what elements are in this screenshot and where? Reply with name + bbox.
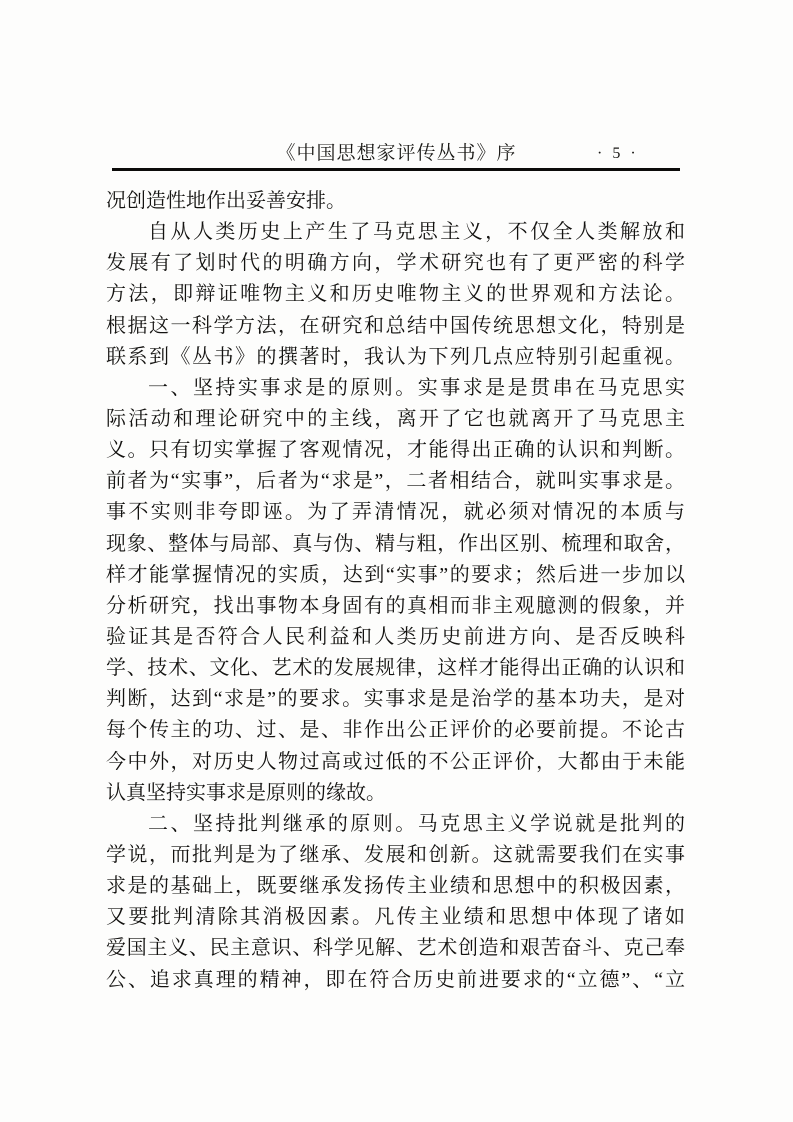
body-line: 联系到《丛书》的撰著时，我认为下列几点应特别引起重视。 [106, 342, 685, 373]
body-line: 认真坚持实事求是原则的缘故。 [106, 778, 685, 809]
header-rule [112, 168, 680, 171]
body-line: 事不实则非夸即诬。为了弄清情况，就必须对情况的本质与 [106, 497, 685, 528]
body-line: 前者为“实事”，后者为“求是”，二者相结合，就叫实事求是。 [106, 466, 685, 497]
body-line: 学、技术、文化、艺术的发展规律，这样才能得出正确的认识和 [106, 653, 685, 684]
body-line: 判断，达到“求是”的要求。实事求是是治学的基本功夫，是对 [106, 684, 685, 715]
body-line: 一、坚持实事求是的原则。实事求是是贯串在马克思实 [106, 373, 685, 404]
body-line: 每个传主的功、过、是、非作出公正评价的必要前提。不论古 [106, 715, 685, 746]
body-line: 样才能掌握情况的实质，达到“实事”的要求；然后进一步加以 [106, 560, 685, 591]
body-line: 又要批判清除其消极因素。凡传主业绩和思想中体现了诸如 [106, 902, 685, 933]
body-line: 求是的基础上，既要继承发扬传主业绩和思想中的积极因素， [106, 871, 685, 902]
body-line: 验证其是否符合人民利益和人类历史前进方向、是否反映科 [106, 622, 685, 653]
body-line: 今中外，对历史人物过高或过低的不公正评价，大都由于未能 [106, 747, 685, 778]
body-text: 况创造性地作出妥善安排。 自从人类历史上产生了马克思主义，不仅全人类解放和 发展… [106, 186, 685, 996]
body-line: 发展有了划时代的明确方向，学术研究也有了更严密的科学 [106, 248, 685, 279]
body-line: 方法，即辩证唯物主义和历史唯物主义的世界观和方法论。 [106, 279, 685, 310]
body-line: 公、追求真理的精神，即在符合历史前进要求的“立德”、“立 [106, 965, 685, 996]
page-number: · 5 · [597, 141, 639, 167]
body-line: 爱国主义、民主意识、科学见解、艺术创造和艰苦奋斗、克己奉 [106, 933, 685, 964]
running-title: 《中国思想家评传丛书》序 [0, 141, 793, 167]
body-line: 况创造性地作出妥善安排。 [106, 186, 685, 217]
body-line: 根据这一科学方法，在研究和总结中国传统思想文化，特别是 [106, 311, 685, 342]
page-header: 《中国思想家评传丛书》序 · 5 · [0, 141, 793, 167]
book-page: 《中国思想家评传丛书》序 · 5 · 况创造性地作出妥善安排。 自从人类历史上产… [0, 0, 793, 1122]
body-line: 义。只有切实掌握了客观情况，才能得出正确的认识和判断。 [106, 435, 685, 466]
body-line: 际活动和理论研究中的主线，离开了它也就离开了马克思主 [106, 404, 685, 435]
body-line: 二、坚持批判继承的原则。马克思主义学说就是批判的 [106, 809, 685, 840]
body-line: 自从人类历史上产生了马克思主义，不仅全人类解放和 [106, 217, 685, 248]
body-line: 现象、整体与局部、真与伪、精与粗，作出区别、梳理和取舍，这 [106, 529, 685, 560]
body-line: 学说，而批判是为了继承、发展和创新。这就需要我们在实事 [106, 840, 685, 871]
body-line: 分析研究，找出事物本身固有的真相而非主观臆测的假象，并 [106, 591, 685, 622]
